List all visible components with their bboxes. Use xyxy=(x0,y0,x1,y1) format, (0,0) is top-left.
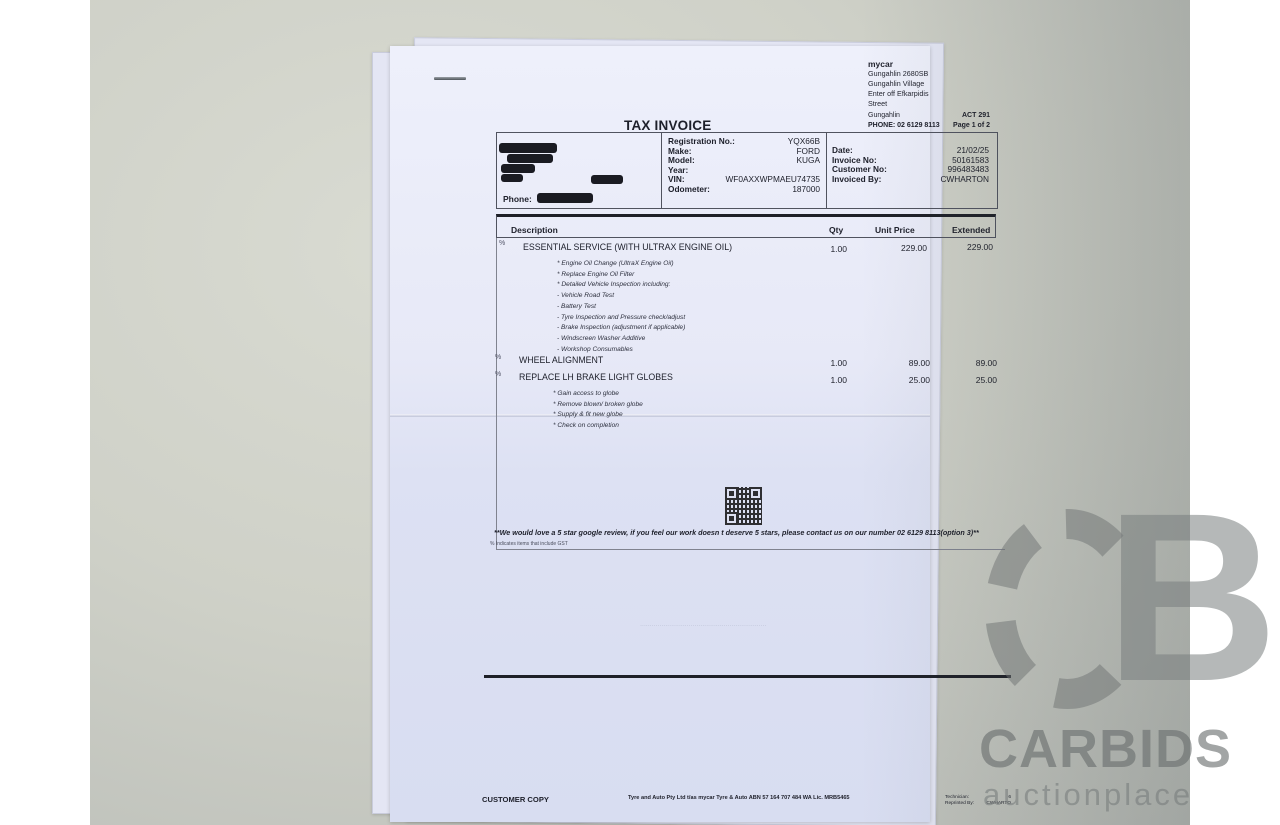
detail-line: - Battery Test xyxy=(557,302,685,313)
odometer-label: Odometer: xyxy=(668,185,710,195)
detail-line: * Detailed Vehicle Inspection including: xyxy=(557,280,685,291)
dealer-state-postcode: ACT 291 xyxy=(962,111,990,121)
detail-line: - Workshop Consumables xyxy=(557,345,685,356)
model-value: KUGA xyxy=(796,156,820,166)
customer-block: Phone: xyxy=(497,133,662,208)
invoice-header-box: Phone: Registration No.:YQX66B Make:FORD… xyxy=(496,132,998,209)
col-description: Description xyxy=(511,225,558,235)
line-item-extended: 25.00 xyxy=(937,375,997,385)
line-item-qty: 1.00 xyxy=(787,358,847,368)
redacted-customer-suburb xyxy=(501,164,535,173)
redacted-customer-state xyxy=(501,174,523,182)
dealer-phone: PHONE: 02 6129 8113 xyxy=(868,121,940,131)
page-number: Page 1 of 2 xyxy=(953,121,990,131)
line-item-unit-price: 25.00 xyxy=(870,375,930,385)
line-item-description: WHEEL ALIGNMENT xyxy=(519,355,603,365)
dealer-address-line: Enter off Efkarpidis Street xyxy=(868,89,930,109)
dealer-block: mycar Gungahlin 2680SB Gungahlin Village… xyxy=(868,59,930,109)
review-note: **We would love a 5 star google review, … xyxy=(494,528,979,537)
detail-line: - Brake Inspection (adjustment if applic… xyxy=(557,323,685,334)
technician-block: Technician:6 Reprinted By:CWHARTO xyxy=(945,795,1011,807)
staple-icon xyxy=(434,77,466,80)
detail-line: - Vehicle Road Test xyxy=(557,291,685,302)
detail-line: * Supply & fit new globe xyxy=(553,410,643,421)
col-qty: Qty xyxy=(829,225,843,235)
line-item-extended: 229.00 xyxy=(933,242,993,252)
company-details: Tyre and Auto Pty Ltd t/as mycar Tyre & … xyxy=(628,795,850,801)
vehicle-block: Registration No.:YQX66B Make:FORD Model:… xyxy=(662,133,827,208)
line-items-header: Description Qty Unit Price Extended xyxy=(496,214,996,238)
invoiced-by-label: Invoiced By: xyxy=(832,175,881,185)
line-item-qty: 1.00 xyxy=(787,375,847,385)
bottom-rule xyxy=(484,675,1011,678)
dealer-suburb: Gungahlin xyxy=(868,111,900,121)
dealer-address-line: Gungahlin Village xyxy=(868,79,930,89)
detail-line: - Tyre Inspection and Pressure check/adj… xyxy=(557,313,685,324)
gst-note: % Indicates items that include GST xyxy=(490,541,568,547)
detail-line: * Check on completion xyxy=(553,421,643,432)
gst-marker: % xyxy=(495,354,501,361)
detail-line: * Remove blown/ broken globe xyxy=(553,400,643,411)
customer-phone-label: Phone: xyxy=(503,194,532,204)
reprinted-label: Reprinted By: xyxy=(945,801,974,807)
detail-line: * Replace Engine Oil Filter xyxy=(557,270,685,281)
line-item-qty: 1.00 xyxy=(787,244,847,254)
odometer-value: 187000 xyxy=(792,185,820,195)
line-item-details: * Engine Oil Change (UltraX Engine Oil) … xyxy=(557,259,685,355)
document-title: TAX INVOICE xyxy=(624,118,711,133)
dealer-name: mycar xyxy=(868,59,930,69)
line-item-description: REPLACE LH BRAKE LIGHT GLOBES xyxy=(519,372,673,382)
customer-copy-label: CUSTOMER COPY xyxy=(482,795,549,804)
redacted-customer-postcode xyxy=(591,175,623,184)
redacted-customer-street xyxy=(507,154,553,163)
line-item-details: * Gain access to globe * Remove blown/ b… xyxy=(553,389,643,432)
detail-line: * Gain access to globe xyxy=(553,389,643,400)
invoice-meta-block: Date:21/02/25 Invoice No:50161583 Custom… xyxy=(827,133,997,208)
col-extended: Extended xyxy=(952,225,990,235)
detail-line: - Windscreen Washer Additive xyxy=(557,334,685,345)
gst-marker: % xyxy=(499,240,505,247)
dealer-contact: Gungahlin ACT 291 PHONE: 02 6129 8113 Pa… xyxy=(868,111,990,130)
line-item-unit-price: 89.00 xyxy=(870,358,930,368)
invoiced-by-value: CWHARTON xyxy=(940,175,989,185)
line-item-extended: 89.00 xyxy=(937,358,997,368)
line-item-description: ESSENTIAL SERVICE (WITH ULTRAX ENGINE OI… xyxy=(523,242,732,252)
gst-marker: % xyxy=(495,371,501,378)
col-unit-price: Unit Price xyxy=(875,225,915,235)
redacted-customer-phone xyxy=(537,193,593,203)
detail-line: * Engine Oil Change (UltraX Engine Oil) xyxy=(557,259,685,270)
redacted-customer-name xyxy=(499,143,557,153)
line-item-unit-price: 229.00 xyxy=(867,243,927,253)
dealer-address-line: Gungahlin 2680SB xyxy=(868,69,930,79)
show-through-text: ........................................… xyxy=(640,621,766,628)
invoice-page: mycar Gungahlin 2680SB Gungahlin Village… xyxy=(390,46,930,822)
photo-background: mycar Gungahlin 2680SB Gungahlin Village… xyxy=(90,0,1190,825)
qr-code-icon xyxy=(725,487,762,525)
reprinted-value: CWHARTO xyxy=(986,801,1011,807)
